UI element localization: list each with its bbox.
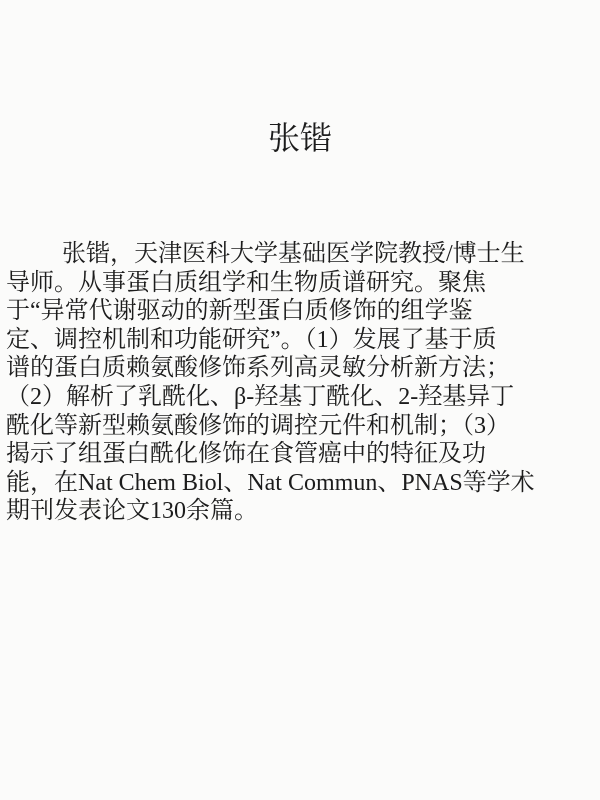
bio-paragraph-line: 谱的蛋白质赖氨酸修饰系列高灵敏分析新方法； [6, 354, 596, 383]
bio-paragraph-line: （2）解析了乳酰化、β-羟基丁酰化、2-羟基异丁 [6, 383, 596, 412]
document-page: 张锴 张锴，天津医科大学基础医学院教授/博士生 导师。从事蛋白质组学和生物质谱研… [0, 0, 600, 800]
bio-paragraph: 张锴，天津医科大学基础医学院教授/博士生 导师。从事蛋白质组学和生物质谱研究。聚… [6, 240, 596, 526]
page-title: 张锴 [0, 122, 600, 154]
bio-paragraph-line: 张锴，天津医科大学基础医学院教授/博士生 [6, 240, 596, 269]
bio-paragraph-line: 能，在Nat Chem Biol、Nat Commun、PNAS等学术 [6, 469, 596, 498]
bio-paragraph-line: 揭示了组蛋白酰化修饰在食管癌中的特征及功 [6, 440, 596, 469]
bio-paragraph-line: 于“异常代谢驱动的新型蛋白质修饰的组学鉴 [6, 297, 596, 326]
bio-paragraph-line: 导师。从事蛋白质组学和生物质谱研究。聚焦 [6, 269, 596, 298]
bio-paragraph-line: 定、调控机制和功能研究”。（1）发展了基于质 [6, 326, 596, 355]
bio-paragraph-line: 酰化等新型赖氨酸修饰的调控元件和机制；（3） [6, 412, 596, 441]
bio-paragraph-line: 期刊发表论文130余篇。 [6, 497, 596, 526]
